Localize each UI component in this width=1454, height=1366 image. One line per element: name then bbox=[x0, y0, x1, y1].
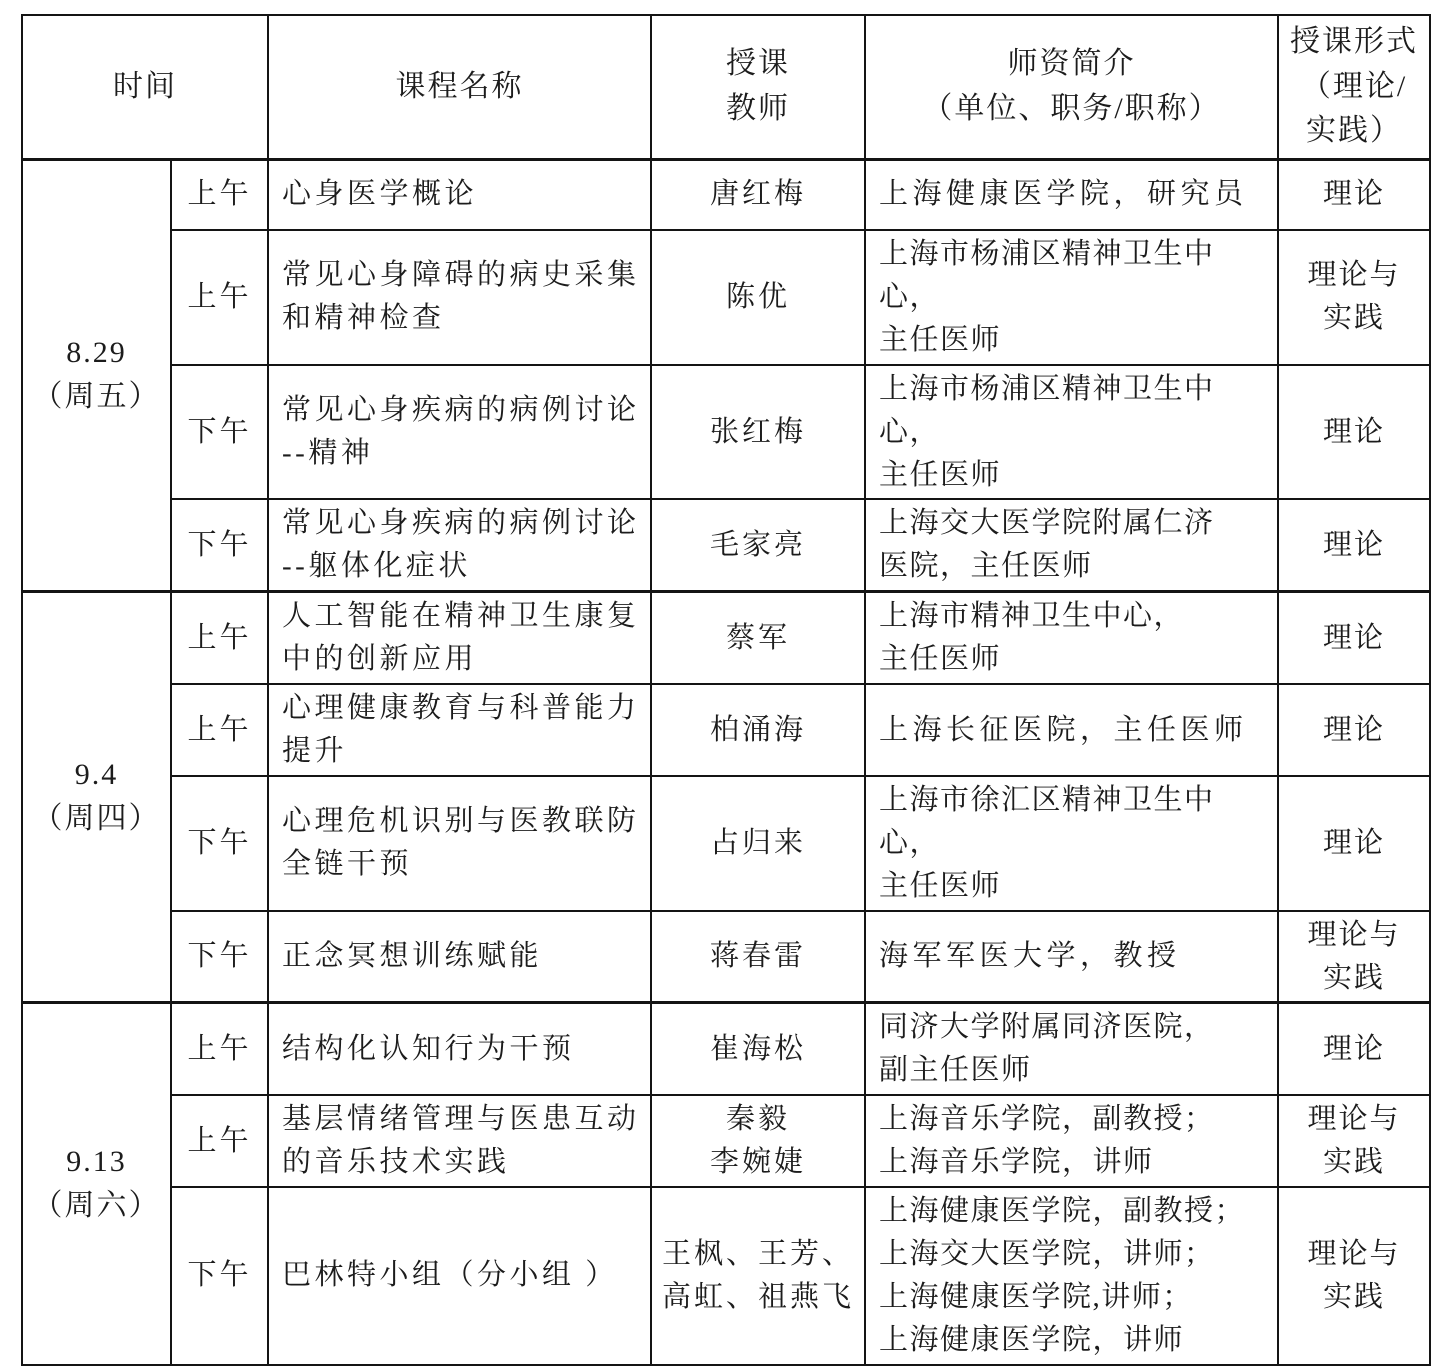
date-cell: 8.29 （周五） bbox=[22, 159, 171, 592]
faculty-cell: 上海市杨浦区精神卫生中心， 主任医师 bbox=[865, 230, 1278, 365]
teacher-cell: 唐红梅 bbox=[651, 159, 865, 230]
course-schedule-table: 时间 课程名称 授课 教师 师资简介 （单位、职务/职称） 授课形式 （理论/ … bbox=[21, 14, 1431, 1366]
teacher-cell: 陈优 bbox=[651, 230, 865, 365]
course-cell: 心理危机识别与医教联防 全链干预 bbox=[268, 776, 651, 911]
faculty-cell: 上海市徐汇区精神卫生中心， 主任医师 bbox=[865, 776, 1278, 911]
period-cell: 上午 bbox=[171, 230, 268, 365]
format-cell: 理论 bbox=[1278, 776, 1430, 911]
date-cell: 9.4 （周四） bbox=[22, 592, 171, 1003]
course-cell: 常见心身疾病的病例讨论 --躯体化症状 bbox=[268, 499, 651, 591]
format-cell: 理论与 实践 bbox=[1278, 1095, 1430, 1187]
period-cell: 下午 bbox=[171, 776, 268, 911]
teacher-cell: 柏涌海 bbox=[651, 684, 865, 776]
format-cell: 理论与 实践 bbox=[1278, 911, 1430, 1003]
header-format: 授课形式 （理论/ 实践） bbox=[1278, 15, 1430, 159]
faculty-cell: 上海长征医院，主任医师 bbox=[865, 684, 1278, 776]
table-row: 上午 基层情绪管理与医患互动 的音乐技术实践 秦毅 李婉婕 上海音乐学院，副教授… bbox=[22, 1095, 1430, 1187]
teacher-cell: 王枫、王芳、 高虹、祖燕飞 bbox=[651, 1187, 865, 1365]
header-faculty: 师资简介 （单位、职务/职称） bbox=[865, 15, 1278, 159]
date-cell: 9.13 （周六） bbox=[22, 1003, 171, 1365]
faculty-cell: 海军军医大学，教授 bbox=[865, 911, 1278, 1003]
header-time: 时间 bbox=[22, 15, 268, 159]
course-cell: 心理健康教育与科普能力 提升 bbox=[268, 684, 651, 776]
course-cell: 常见心身疾病的病例讨论 --精神 bbox=[268, 365, 651, 500]
format-cell: 理论 bbox=[1278, 499, 1430, 591]
table-row: 上午 常见心身障碍的病史采集 和精神检查 陈优 上海市杨浦区精神卫生中心， 主任… bbox=[22, 230, 1430, 365]
period-cell: 下午 bbox=[171, 1187, 268, 1365]
header-course: 课程名称 bbox=[268, 15, 651, 159]
table-row: 下午 常见心身疾病的病例讨论 --精神 张红梅 上海市杨浦区精神卫生中心， 主任… bbox=[22, 365, 1430, 500]
format-cell: 理论 bbox=[1278, 159, 1430, 230]
faculty-cell: 上海音乐学院，副教授； 上海音乐学院，讲师 bbox=[865, 1095, 1278, 1187]
course-cell: 结构化认知行为干预 bbox=[268, 1003, 651, 1095]
table-row: 下午 正念冥想训练赋能 蒋春雷 海军军医大学，教授 理论与 实践 bbox=[22, 911, 1430, 1003]
teacher-cell: 张红梅 bbox=[651, 365, 865, 500]
course-cell: 正念冥想训练赋能 bbox=[268, 911, 651, 1003]
table-row: 下午 巴林特小组（分小组 ） 王枫、王芳、 高虹、祖燕飞 上海健康医学院，副教授… bbox=[22, 1187, 1430, 1365]
period-cell: 上午 bbox=[171, 1095, 268, 1187]
format-cell: 理论与 实践 bbox=[1278, 1187, 1430, 1365]
course-cell: 人工智能在精神卫生康复 中的创新应用 bbox=[268, 592, 651, 684]
faculty-cell: 上海健康医学院，研究员 bbox=[865, 159, 1278, 230]
teacher-cell: 占归来 bbox=[651, 776, 865, 911]
course-cell: 常见心身障碍的病史采集 和精神检查 bbox=[268, 230, 651, 365]
header-row: 时间 课程名称 授课 教师 师资简介 （单位、职务/职称） 授课形式 （理论/ … bbox=[22, 15, 1430, 159]
table-row: 8.29 （周五） 上午 心身医学概论 唐红梅 上海健康医学院，研究员 理论 bbox=[22, 159, 1430, 230]
table-row: 9.4 （周四） 上午 人工智能在精神卫生康复 中的创新应用 蔡军 上海市精神卫… bbox=[22, 592, 1430, 684]
faculty-cell: 上海市精神卫生中心， 主任医师 bbox=[865, 592, 1278, 684]
period-cell: 下午 bbox=[171, 911, 268, 1003]
table-row: 下午 心理危机识别与医教联防 全链干预 占归来 上海市徐汇区精神卫生中心， 主任… bbox=[22, 776, 1430, 911]
course-cell: 心身医学概论 bbox=[268, 159, 651, 230]
faculty-cell: 上海市杨浦区精神卫生中心， 主任医师 bbox=[865, 365, 1278, 500]
faculty-cell: 上海交大医学院附属仁济 医院，主任医师 bbox=[865, 499, 1278, 591]
table-row: 下午 常见心身疾病的病例讨论 --躯体化症状 毛家亮 上海交大医学院附属仁济 医… bbox=[22, 499, 1430, 591]
period-cell: 上午 bbox=[171, 684, 268, 776]
teacher-cell: 崔海松 bbox=[651, 1003, 865, 1095]
period-cell: 上午 bbox=[171, 159, 268, 230]
period-cell: 上午 bbox=[171, 592, 268, 684]
period-cell: 上午 bbox=[171, 1003, 268, 1095]
course-cell: 巴林特小组（分小组 ） bbox=[268, 1187, 651, 1365]
format-cell: 理论 bbox=[1278, 592, 1430, 684]
header-teacher: 授课 教师 bbox=[651, 15, 865, 159]
format-cell: 理论 bbox=[1278, 1003, 1430, 1095]
table-row: 9.13 （周六） 上午 结构化认知行为干预 崔海松 同济大学附属同济医院， 副… bbox=[22, 1003, 1430, 1095]
faculty-cell: 上海健康医学院，副教授； 上海交大医学院，讲师； 上海健康医学院,讲师； 上海健… bbox=[865, 1187, 1278, 1365]
period-cell: 下午 bbox=[171, 365, 268, 500]
format-cell: 理论与 实践 bbox=[1278, 230, 1430, 365]
teacher-cell: 秦毅 李婉婕 bbox=[651, 1095, 865, 1187]
teacher-cell: 毛家亮 bbox=[651, 499, 865, 591]
table-row: 上午 心理健康教育与科普能力 提升 柏涌海 上海长征医院，主任医师 理论 bbox=[22, 684, 1430, 776]
format-cell: 理论 bbox=[1278, 684, 1430, 776]
teacher-cell: 蔡军 bbox=[651, 592, 865, 684]
format-cell: 理论 bbox=[1278, 365, 1430, 500]
course-cell: 基层情绪管理与医患互动 的音乐技术实践 bbox=[268, 1095, 651, 1187]
period-cell: 下午 bbox=[171, 499, 268, 591]
teacher-cell: 蒋春雷 bbox=[651, 911, 865, 1003]
faculty-cell: 同济大学附属同济医院， 副主任医师 bbox=[865, 1003, 1278, 1095]
